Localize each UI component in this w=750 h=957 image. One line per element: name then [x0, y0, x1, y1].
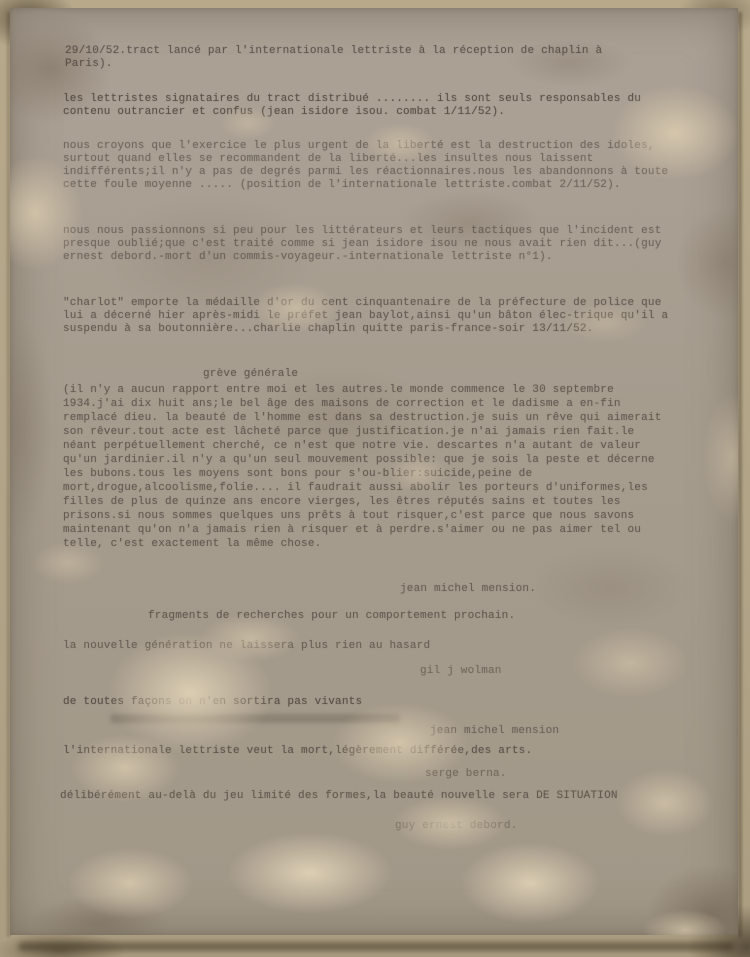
- signature-debord: guy ernest debord.: [395, 820, 517, 833]
- lettriste-response: nous croyons que l'exercice le plus urge…: [63, 140, 685, 192]
- paper-right-shadow: [738, 12, 742, 937]
- debord-statement: nous nous passionnons si peu pour les li…: [63, 225, 685, 264]
- signature-mension-1: jean michel mension.: [400, 583, 536, 596]
- sortira-line: de toutes façons on n'en sortira pas viv…: [63, 696, 362, 709]
- typewritten-text: 29/10/52.tract lancé par l'international…: [10, 8, 738, 935]
- signature-mension-2: jean michel mension: [430, 725, 559, 738]
- fragments-line: fragments de recherches pour un comporte…: [148, 610, 515, 623]
- greve-generale-text: (il n'y a aucun rapport entre moi et les…: [63, 383, 675, 551]
- mort-des-arts-line: l'internationale lettriste veut la mort,…: [63, 745, 532, 758]
- paper-bottom-shadow: [18, 942, 734, 951]
- nouvelle-generation-line: la nouvelle génération ne laissera plus …: [63, 640, 430, 653]
- tract-document: 29/10/52.tract lancé par l'international…: [10, 8, 738, 935]
- signature-berna: serge berna.: [425, 768, 507, 781]
- signature-wolman: gil j wolman: [420, 665, 502, 678]
- beaute-situation-line: délibérément au-delà du jeu limité des f…: [60, 790, 700, 803]
- isou-statement: les lettristes signataires du tract dist…: [63, 93, 675, 119]
- charlot-press-clipping: "charlot" emporte la médaille d'or du ce…: [63, 297, 681, 336]
- tract-date-line: 29/10/52.tract lancé par l'international…: [65, 45, 613, 71]
- greve-generale-title: grève générale: [203, 368, 298, 381]
- illegible-faint-line: [110, 714, 400, 723]
